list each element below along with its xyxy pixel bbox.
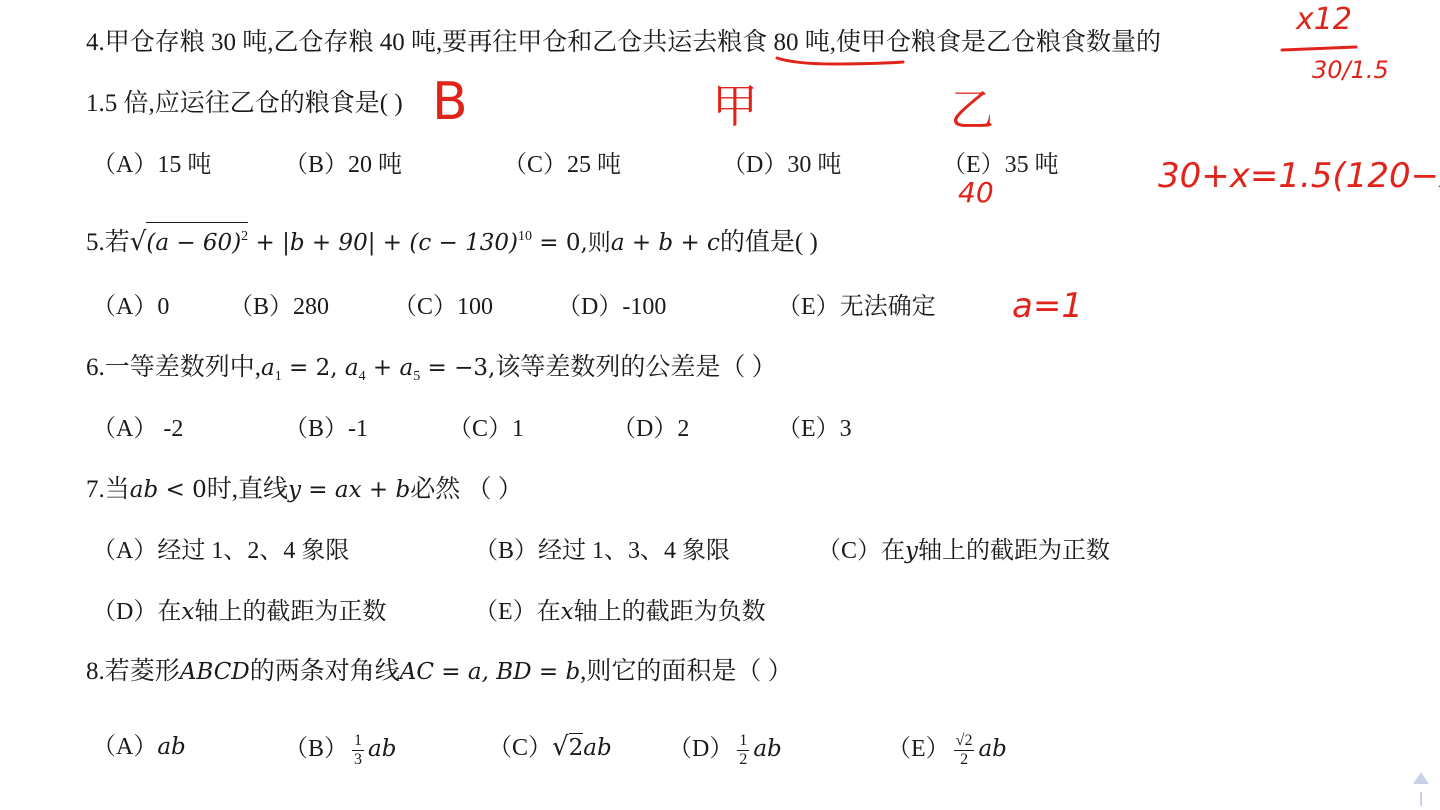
scrollbar-thumb[interactable]	[1420, 792, 1422, 806]
fraction-sqrt2-2: √22	[954, 732, 975, 769]
q5-option-c: （C）100	[393, 292, 493, 322]
q7-option-e-var: x	[561, 599, 574, 625]
q7-option-e-pre: （E）在	[474, 599, 561, 625]
q5-option-d: （D）-100	[557, 292, 666, 322]
q5-option-e: （E）无法确定	[777, 292, 936, 322]
q7-option-c-var: y	[905, 538, 918, 564]
q6-option-a: （A） -2	[92, 414, 183, 444]
q6-a1-sub: 1	[275, 369, 282, 384]
q6-eq1: = 2,	[282, 355, 345, 381]
handwriting-frac-top: x12	[1296, 2, 1352, 37]
q5-prefix: 5.若	[86, 229, 130, 256]
q5-option-b: （B）280	[229, 292, 329, 322]
q8-option-e-label: （E）	[887, 736, 950, 762]
q7-prefix: 7.当	[86, 476, 130, 503]
q8-option-e: （E）√22ab	[887, 732, 1007, 769]
q4-option-d: （D）30 吨	[722, 150, 841, 180]
q8-option-b-expr: ab	[368, 736, 396, 762]
q6-prefix: 6.一等差数列中,	[86, 354, 261, 381]
handwriting-frac-bottom: 30/1.5	[1312, 56, 1389, 84]
handwriting-below-e: 40	[958, 176, 994, 209]
q6-a5: a	[400, 355, 414, 381]
handwriting-q5-note: a=1	[1012, 286, 1083, 326]
q4-option-c: （C）25 吨	[503, 150, 621, 180]
q8-suffix: ,则它的面积是（ ）	[580, 658, 793, 685]
q5-stem: 5.若√(a − 60)2 + |b + 90| + (c − 130)10 =…	[86, 222, 818, 258]
frac-den: 2	[739, 751, 747, 769]
q8-option-d-label: （D）	[668, 736, 733, 762]
q7-option-d-pre: （D）在	[92, 599, 181, 625]
q7-option-d: （D）在x轴上的截距为正数	[92, 597, 386, 627]
q6-option-b: （B）-1	[284, 414, 368, 444]
handwriting-answer-b: B	[432, 72, 468, 132]
scroll-up-icon[interactable]	[1413, 772, 1429, 784]
q5-sqrt-content: (a − 60)	[146, 230, 241, 256]
q8-option-d: （D）12ab	[668, 732, 782, 769]
handwriting-frac-bar	[1280, 44, 1360, 54]
q6-option-c: （C）1	[448, 414, 524, 444]
q7-suffix: 必然 （ ）	[410, 476, 523, 503]
handwriting-jia: 甲	[712, 70, 758, 136]
q7-option-b-text: （B）经过 1、3、4 象限	[474, 538, 730, 564]
q7-eq: y = ax + b	[288, 477, 410, 503]
sqrt-radical: √	[130, 227, 147, 257]
q7-mid: 时,直线	[207, 476, 288, 503]
q8-diagonals: AC = a, BD = b	[400, 659, 580, 685]
q7-option-c: （C）在y轴上的截距为正数	[817, 536, 1110, 566]
q8-option-b-label: （B）	[284, 736, 348, 762]
q7-option-b: （B）经过 1、3、4 象限	[474, 536, 730, 566]
q6-option-e: （E）3	[777, 414, 852, 444]
q7-cond2: < 0	[158, 477, 207, 503]
q8-option-c-radicand: 2	[569, 733, 584, 761]
q5-mid1: + |b + 90| + (c − 130)	[248, 230, 518, 256]
q8-prefix: 8.若菱形	[86, 658, 180, 685]
sqrt-radical: √	[552, 732, 569, 762]
q7-option-d-post: 轴上的截距为正数	[194, 599, 386, 625]
frac-den: 3	[354, 751, 362, 769]
q5-expr: a + b + c	[611, 230, 720, 256]
q8-option-c-expr: ab	[583, 735, 611, 761]
q7-option-c-pre: （C）在	[817, 538, 905, 564]
q7-option-a: （A）经过 1、2、4 象限	[92, 536, 349, 566]
q5-suffix: 的值是( )	[720, 229, 818, 256]
fraction-1-2: 12	[737, 732, 749, 769]
q4-line2: 1.5 倍,应运往乙仓的粮食是( )	[86, 89, 403, 119]
q8-option-d-expr: ab	[753, 736, 781, 762]
q5-mid-exp: 10	[518, 229, 532, 244]
handwriting-equation: 30+x=1.5(120−x)	[1158, 156, 1440, 196]
q7-cond: ab	[130, 477, 158, 503]
q8-stem: 8.若菱形ABCD的两条对角线AC = a, BD = b,则它的面积是（ ）	[86, 657, 793, 687]
frac-den: 2	[960, 751, 968, 769]
handwriting-underline	[775, 54, 907, 68]
q8-option-a: （A）ab	[92, 732, 186, 762]
fraction-1-3: 13	[352, 732, 364, 769]
frac-num: √2	[954, 732, 975, 751]
frac-num: 1	[737, 732, 749, 751]
q6-suffix: 该等差数列的公差是（ ）	[495, 354, 776, 381]
q7-option-d-var: x	[181, 599, 194, 625]
q7-stem: 7.当ab < 0时,直线y = ax + b必然 （ ）	[86, 475, 523, 505]
q8-option-b: （B）13ab	[284, 732, 396, 769]
q6-eq2: = −3,	[420, 355, 495, 381]
q6-a1: a	[261, 355, 275, 381]
q6-option-d: （D）2	[612, 414, 689, 444]
q4-option-a: （A）15 吨	[92, 150, 211, 180]
q7-option-c-post: 轴上的截距为正数	[918, 538, 1110, 564]
q6-plus: +	[366, 355, 400, 381]
q8-mid: 的两条对角线	[250, 658, 400, 685]
q7-option-e: （E）在x轴上的截距为负数	[474, 597, 766, 627]
q5-mid2: = 0,则	[532, 230, 611, 256]
q8-option-c: （C）√2ab	[488, 732, 612, 763]
q8-option-e-expr: ab	[978, 736, 1006, 762]
q6-a4: a	[345, 355, 359, 381]
frac-num: 1	[352, 732, 364, 751]
q7-option-e-post: 轴上的截距为负数	[574, 599, 766, 625]
q4-option-b: （B）20 吨	[284, 150, 402, 180]
q5-option-a: （A）0	[92, 292, 169, 322]
q8-option-a-expr: ab	[157, 734, 185, 760]
q4-line1: 4.甲仓存粮 30 吨,乙仓存粮 40 吨,要再往甲仓和乙仓共运去粮食 80 吨…	[86, 28, 1161, 58]
q8-option-a-label: （A）	[92, 734, 157, 760]
q6-stem: 6.一等差数列中,a1 = 2, a4 + a5 = −3,该等差数列的公差是（…	[86, 353, 777, 392]
q6-a4-sub: 4	[359, 369, 366, 384]
handwriting-yi: 乙	[950, 74, 994, 138]
q7-option-a-text: （A）经过 1、2、4 象限	[92, 538, 349, 564]
q8-option-c-label: （C）	[488, 735, 552, 761]
q8-shape: ABCD	[180, 659, 250, 685]
